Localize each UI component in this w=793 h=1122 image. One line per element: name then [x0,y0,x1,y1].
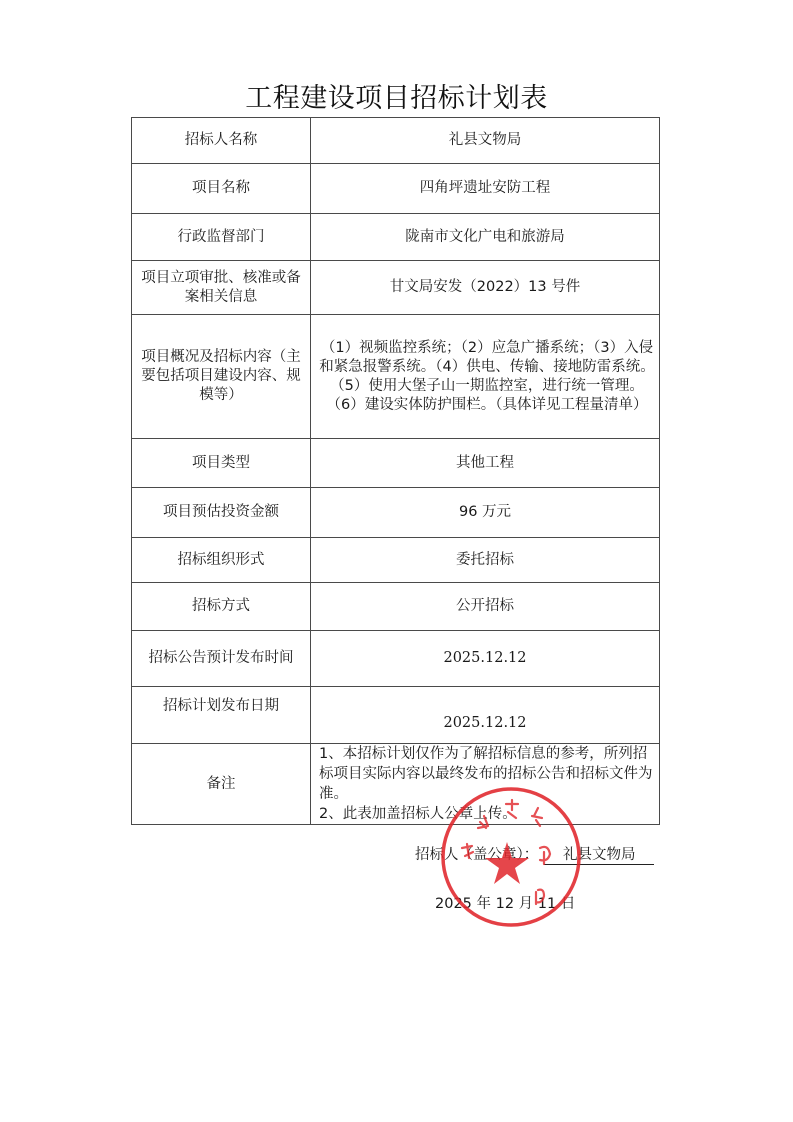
row-value-announcement-time: 2025.12.12 [311,631,660,687]
row-label-tenderer: 招标人名称 [132,118,311,164]
row-value-project-overview: （1）视频监控系统；（2）应急广播系统；（3）入侵和紧急报警系统。（4）供电、传… [311,315,660,439]
row-value-organization-form: 委托招标 [311,538,660,583]
table-row: 项目立项审批、核准或备案相关信息 甘文局安发（2022）13 号件 [132,261,660,315]
signature-name: 礼县文物局 [544,847,654,865]
row-label-approval-info: 项目立项审批、核准或备案相关信息 [132,261,311,315]
row-value-tenderer: 礼县文物局 [311,118,660,164]
row-value-supervisor: 陇南市文化广电和旅游局 [311,214,660,261]
row-value-approval-info: 甘文局安发（2022）13 号件 [311,261,660,315]
row-label-supervisor: 行政监督部门 [132,214,311,261]
signature-line: 招标人（盖公章）：礼县文物局 [415,843,654,865]
document-title: 工程建设项目招标计划表 [0,76,793,115]
table-row: 招标方式 公开招标 [132,583,660,631]
row-label-investment: 项目预估投资金额 [132,488,311,538]
table-row: 项目预估投资金额 96 万元 [132,488,660,538]
bidding-plan-table: 招标人名称 礼县文物局 项目名称 四角坪遗址安防工程 行政监督部门 陇南市文化广… [131,117,660,825]
row-value-project-name: 四角坪遗址安防工程 [311,164,660,214]
table-row: 项目概况及招标内容（主要包括项目建设内容、规模等） （1）视频监控系统；（2）应… [132,315,660,439]
table-row: 项目名称 四角坪遗址安防工程 [132,164,660,214]
row-value-remarks: 1、本招标计划仅作为了解招标信息的参考，所列招标项目实际内容以最终发布的招标公告… [311,744,660,825]
row-label-project-name: 项目名称 [132,164,311,214]
row-label-remarks: 备注 [132,744,311,825]
remark-line-2: 2、此表加盖招标人公章上传。 [319,804,655,824]
table-row: 招标组织形式 委托招标 [132,538,660,583]
row-label-bidding-method: 招标方式 [132,583,311,631]
table-row: 项目类型 其他工程 [132,439,660,488]
signature-label: 招标人（盖公章）： [415,847,538,863]
row-label-project-overview: 项目概况及招标内容（主要包括项目建设内容、规模等） [132,315,311,439]
table-row: 招标计划发布日期 2025.12.12 [132,687,660,744]
table-row: 备注 1、本招标计划仅作为了解招标信息的参考，所列招标项目实际内容以最终发布的招… [132,744,660,825]
row-value-bidding-method: 公开招标 [311,583,660,631]
signature-date: 2025 年 12 月 11 日 [435,892,575,913]
row-value-investment: 96 万元 [311,488,660,538]
row-label-project-type: 项目类型 [132,439,311,488]
row-value-plan-date: 2025.12.12 [311,687,660,744]
table-row: 行政监督部门 陇南市文化广电和旅游局 [132,214,660,261]
table-row: 招标公告预计发布时间 2025.12.12 [132,631,660,687]
table-row: 招标人名称 礼县文物局 [132,118,660,164]
row-label-plan-date: 招标计划发布日期 [132,687,311,744]
row-label-organization-form: 招标组织形式 [132,538,311,583]
row-label-announcement-time: 招标公告预计发布时间 [132,631,311,687]
remark-line-1: 1、本招标计划仅作为了解招标信息的参考，所列招标项目实际内容以最终发布的招标公告… [319,744,655,804]
row-value-project-type: 其他工程 [311,439,660,488]
